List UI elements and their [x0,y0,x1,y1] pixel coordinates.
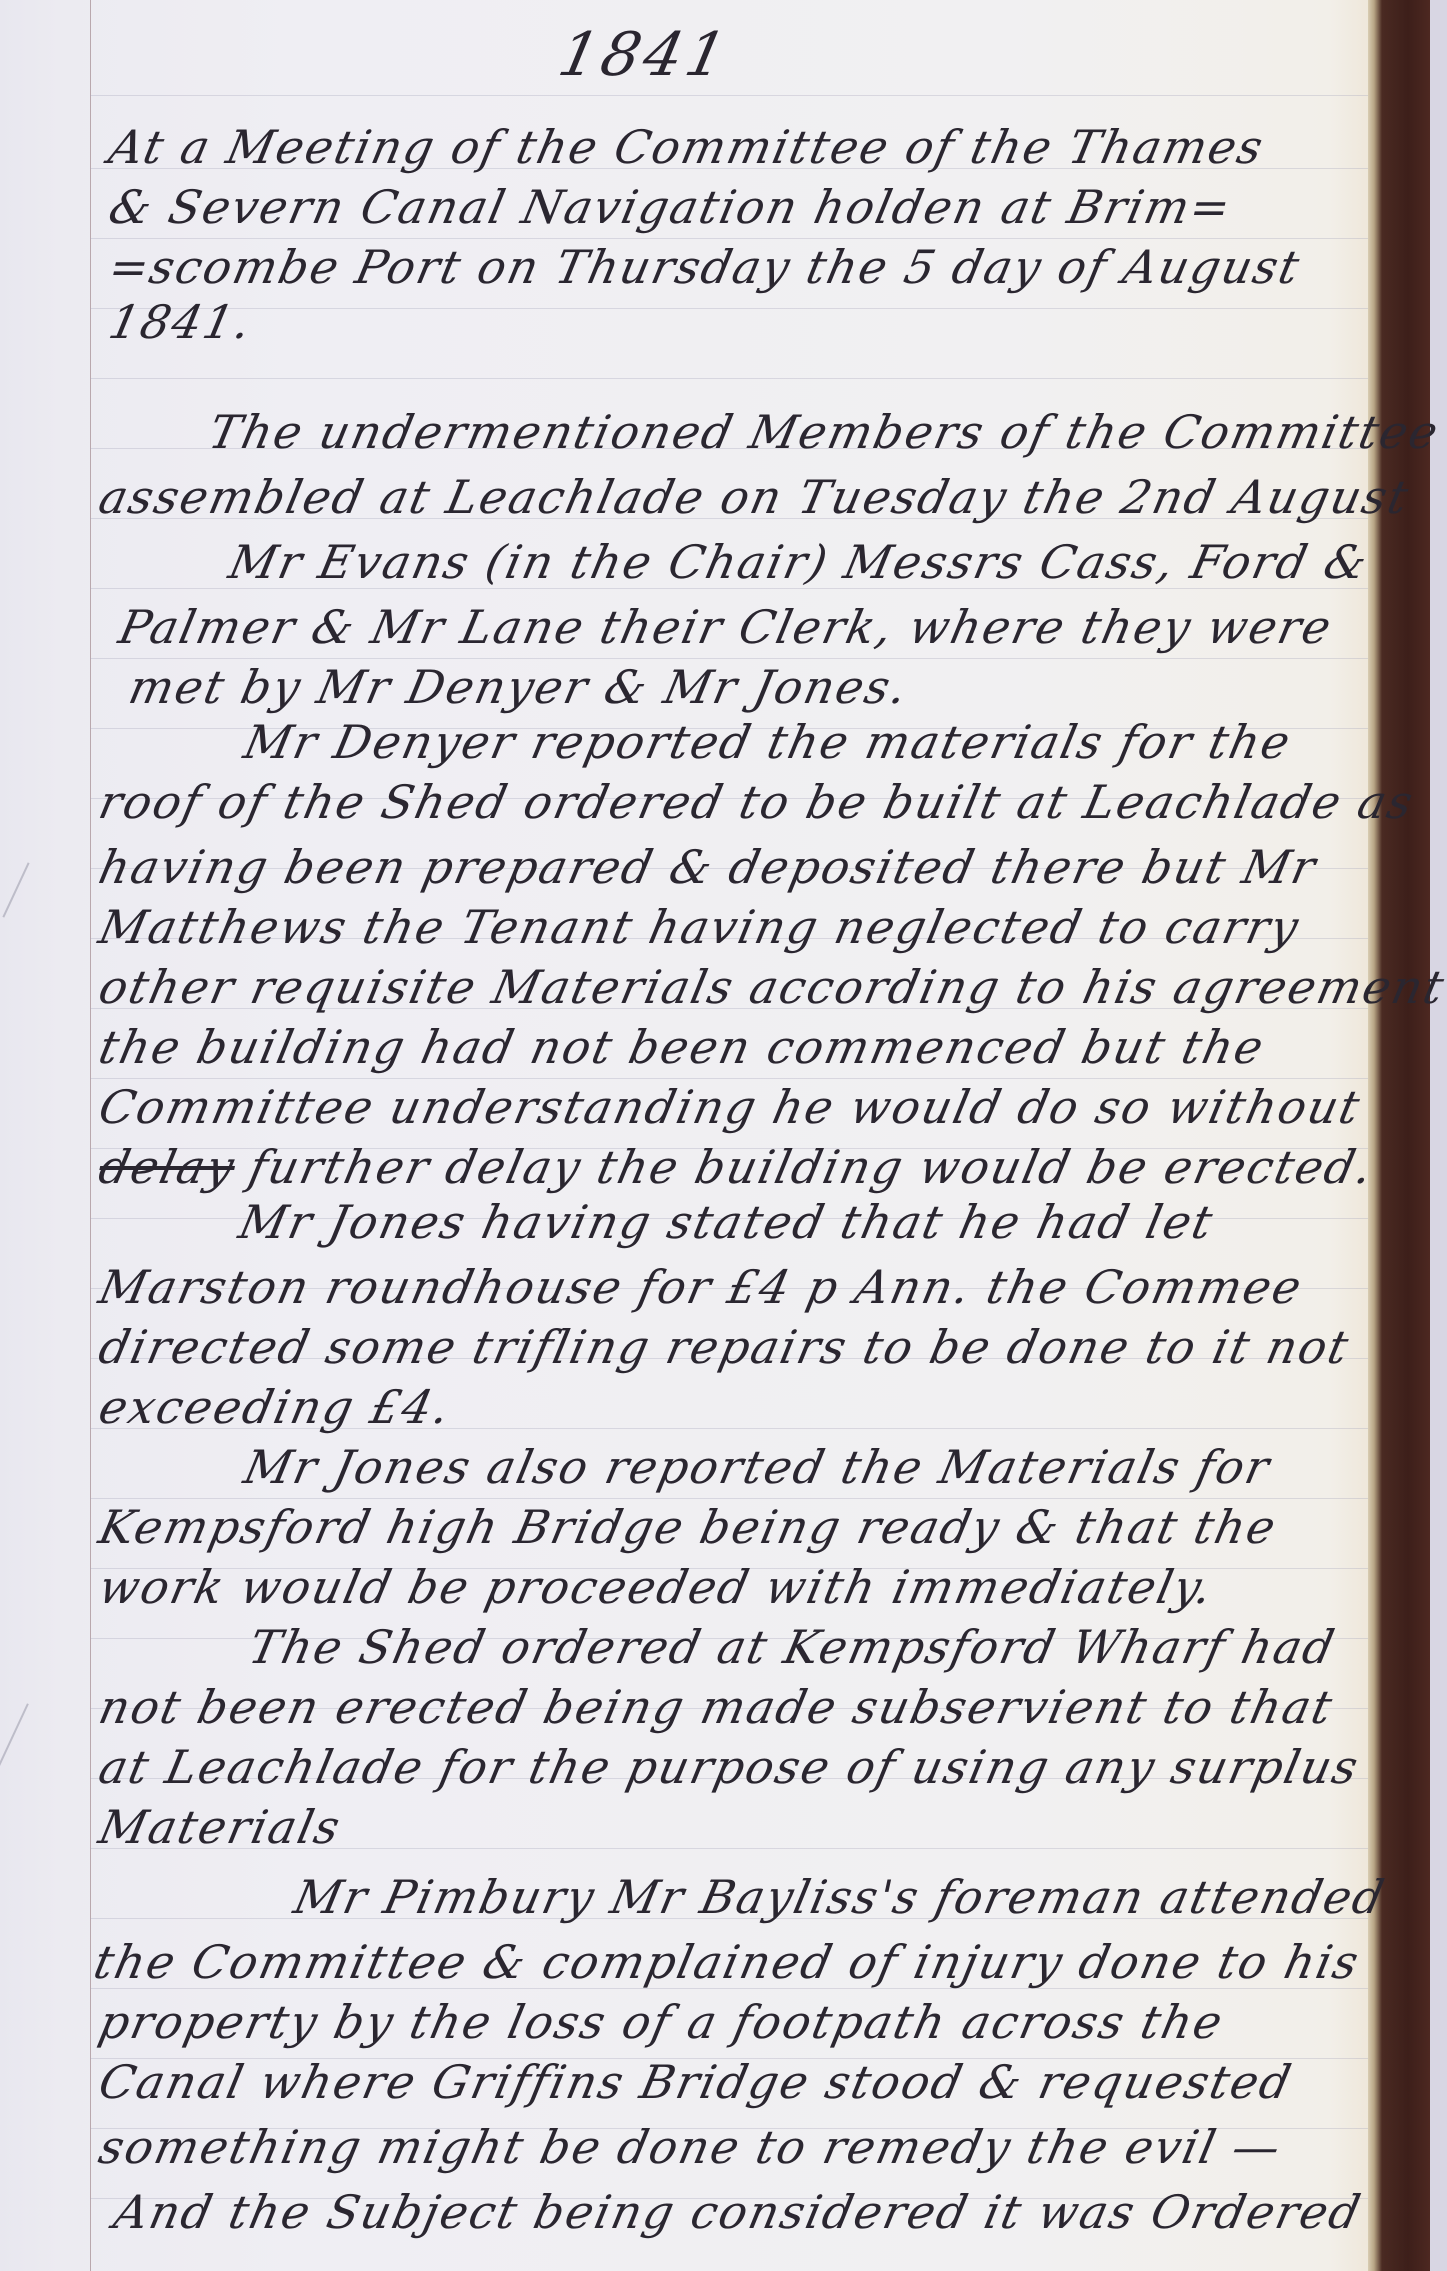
jones-roundhouse-line: exceeding £4. [94,1380,456,1434]
members-line: assembled at Leachlade on Tuesday the 2n… [94,470,1414,524]
denyer-report-line: Mr Denyer reported the materials for the [239,715,1296,769]
meeting-header-line: At a Meeting of the Committee of the Tha… [104,120,1269,174]
members-line: Palmer & Mr Lane their Clerk, where they… [114,600,1337,654]
meeting-header-line: & Severn Canal Navigation holden at Brim… [104,180,1237,234]
handwritten-minutes: 1841 At a Meeting of the Committee of th… [0,0,1370,2271]
denyer-report-line: further delay the building would be erec… [244,1140,1379,1194]
denyer-report-line: having been prepared & deposited there b… [94,840,1322,894]
pimbury-complaint-line: Mr Pimbury Mr Bayliss's foreman attended [289,1870,1390,1924]
denyer-report-line: the building had not been commenced but … [94,1020,1270,1074]
members-line: Mr Evans (in the Chair) Messrs Cass, For… [224,535,1373,589]
year-heading: 1841 [553,20,737,90]
background-edge [1430,0,1447,2271]
denyer-report-line: other requisite Materials according to h… [94,960,1447,1014]
denyer-report-line: roof of the Shed ordered to be built at … [94,775,1419,829]
jones-roundhouse-line: Marston roundhouse for £4 p Ann. the Com… [94,1260,1308,1314]
kempsford-wharf-line: Materials [94,1800,346,1854]
pimbury-complaint-line: the Committee & complained of injury don… [89,1935,1365,1989]
struck-out-word: delay [94,1140,240,1194]
pimbury-complaint-line: And the Subject being considered it was … [109,2185,1367,2239]
pimbury-complaint-line: something might be done to remedy the ev… [94,2120,1287,2174]
members-line: The undermentioned Members of the Commit… [204,405,1444,459]
members-line: met by Mr Denyer & Mr Jones. [124,660,913,714]
denyer-report-line: Matthews the Tenant having neglected to … [94,900,1305,954]
kempsford-bridge-line: Mr Jones also reported the Materials for [239,1440,1276,1494]
meeting-header-line: =scombe Port on Thursday the 5 day of Au… [104,240,1306,294]
jones-roundhouse-line: directed some trifling repairs to be don… [94,1320,1355,1374]
meeting-header-line: 1841. [104,295,257,349]
kempsford-bridge-line: work would be proceeded with immediately… [94,1560,1218,1614]
kempsford-wharf-line: The Shed ordered at Kempsford Wharf had [244,1620,1340,1674]
pimbury-complaint-line: Canal where Griffins Bridge stood & requ… [94,2055,1297,2109]
kempsford-wharf-line: not been erected being made subservient … [94,1680,1338,1734]
kempsford-wharf-line: at Leachlade for the purpose of using an… [94,1740,1364,1794]
kempsford-bridge-line: Kempsford high Bridge being ready & that… [94,1500,1282,1554]
denyer-report-line: Committee understanding he would do so w… [94,1080,1366,1134]
pimbury-complaint-line: property by the loss of a footpath acros… [94,1995,1229,2049]
jones-roundhouse-line: Mr Jones having stated that he had let [234,1195,1219,1249]
